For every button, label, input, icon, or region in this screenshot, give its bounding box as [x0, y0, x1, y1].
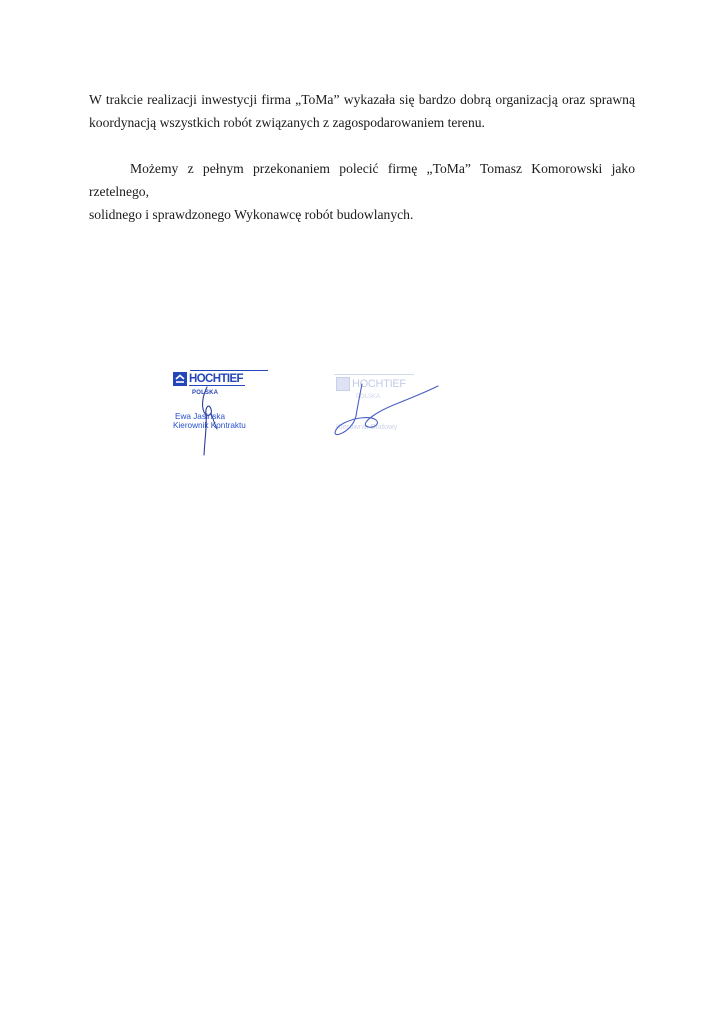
- paragraph-line: solidnego i sprawdzonego Wykonawcę robót…: [89, 203, 635, 226]
- signature-2: [326, 376, 441, 441]
- paragraph-line: koordynacją wszystkich robót związanych …: [89, 111, 635, 134]
- paragraph-recommendation: Możemy z pełnym przekonaniem polecić fir…: [89, 157, 635, 226]
- document-page: W trakcie realizacji inwestycji firma „T…: [0, 0, 724, 1024]
- company-stamp-contract-manager: HOCHTIEF POLSKA Ewa Jasińska Kierownik K…: [170, 370, 280, 460]
- hochtief-logo-icon: [173, 372, 187, 386]
- paragraph-line: Możemy z pełnym przekonaniem polecić fir…: [89, 157, 635, 203]
- stamp-brand: HOCHTIEF: [189, 373, 245, 386]
- paragraph-line: W trakcie realizacji inwestycji firma „T…: [89, 88, 635, 111]
- stamp-rule: [334, 374, 414, 375]
- paragraph-organization: W trakcie realizacji inwestycji firma „T…: [89, 88, 635, 134]
- signature-1: [195, 385, 225, 460]
- stamp-rule: [190, 370, 268, 371]
- stamp-logo: HOCHTIEF: [173, 372, 245, 386]
